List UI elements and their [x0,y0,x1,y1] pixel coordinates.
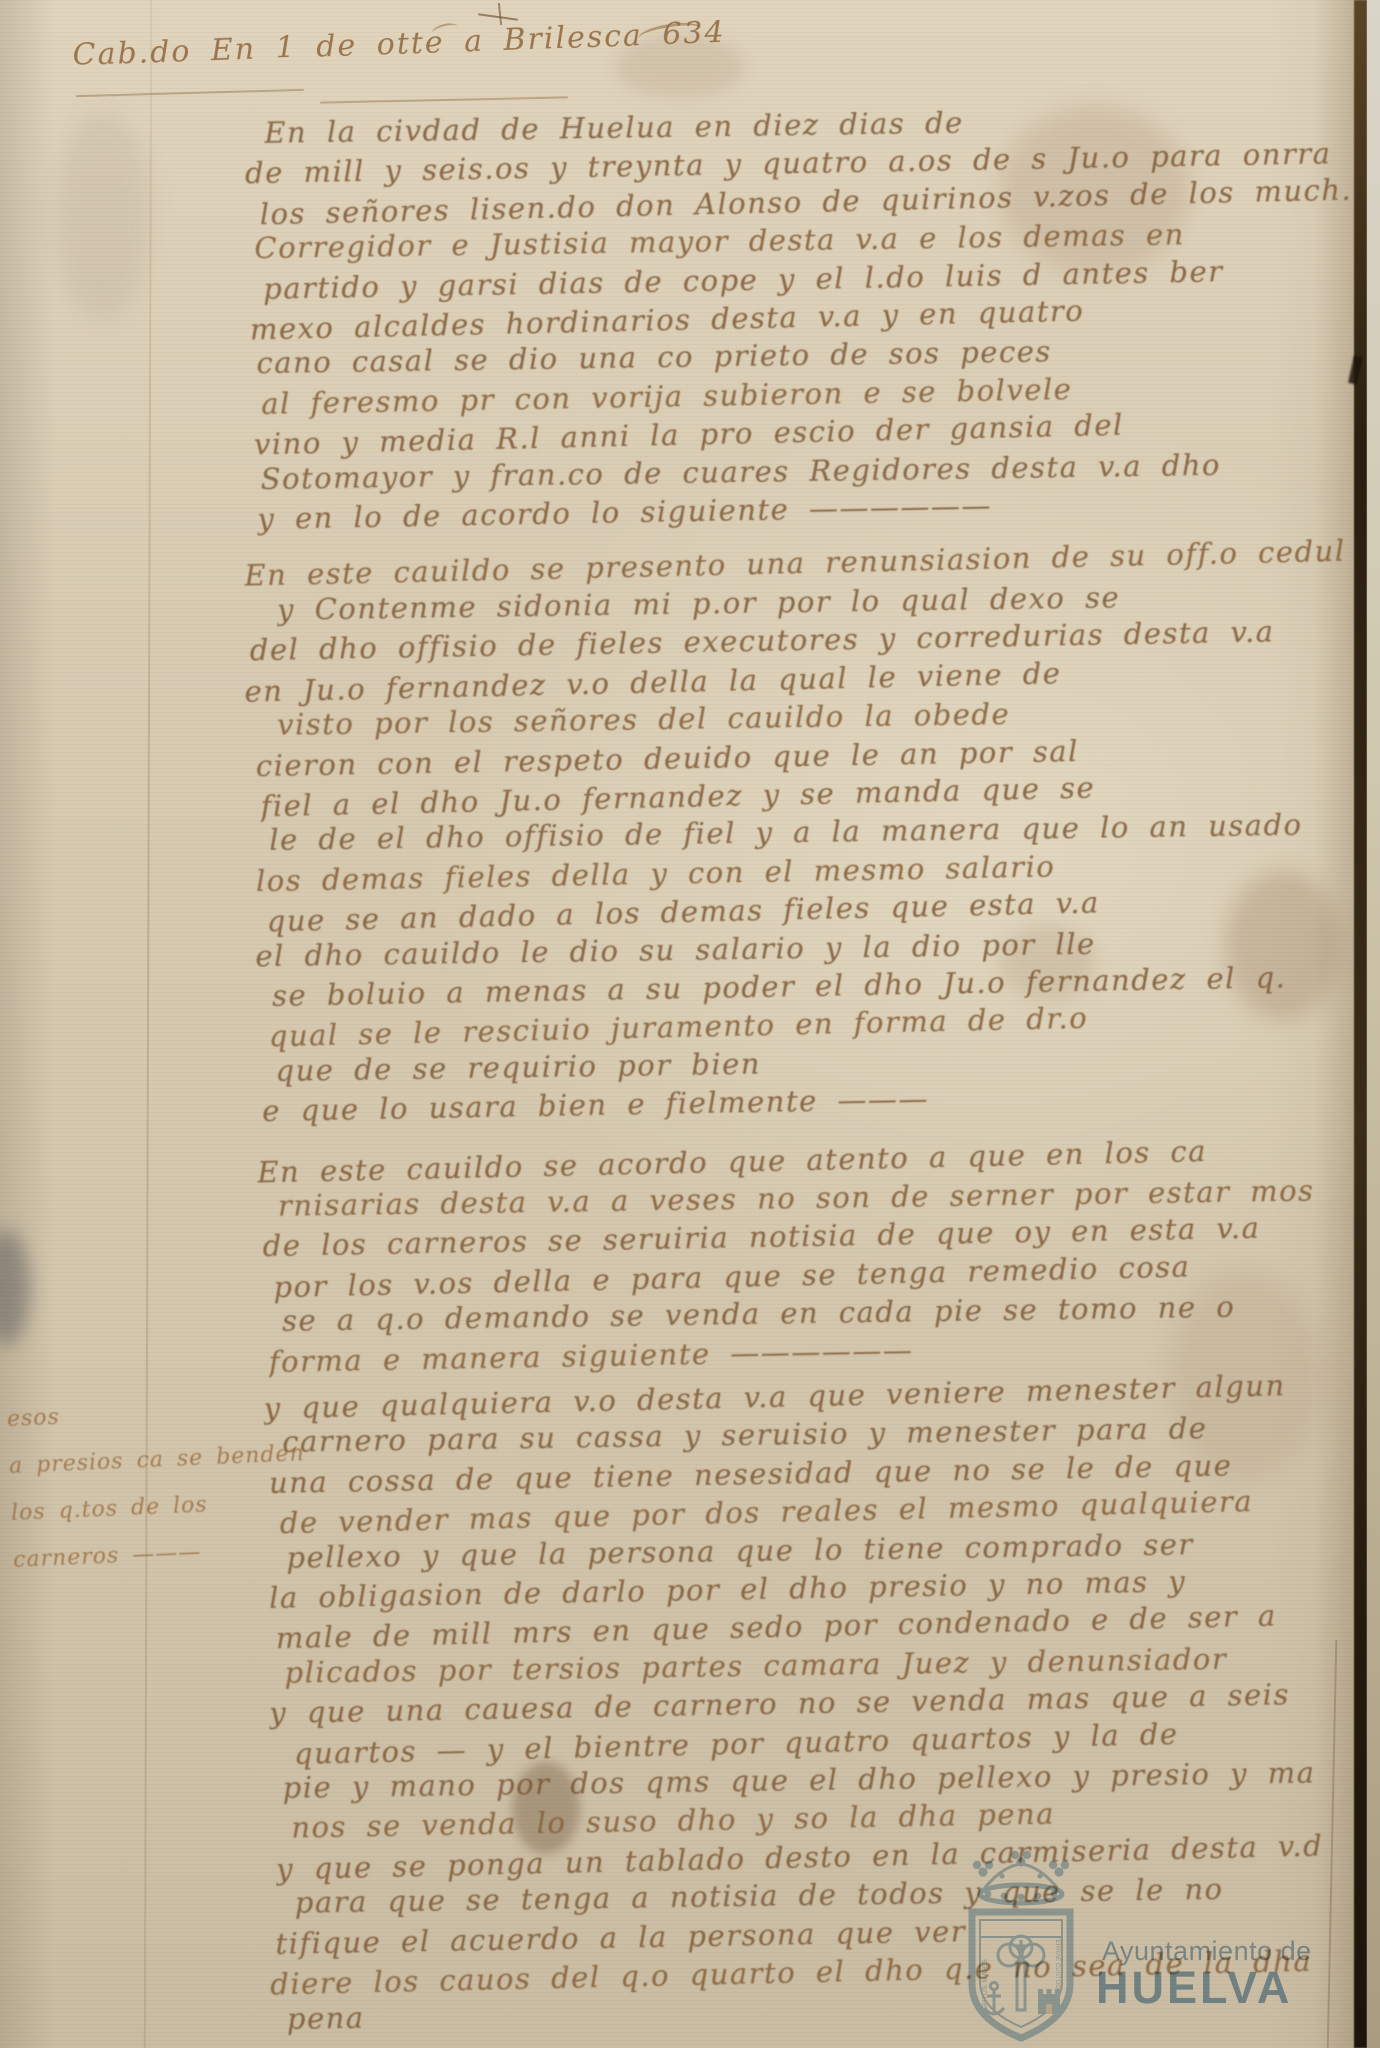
header-underline [320,96,568,103]
header-underline [76,89,304,97]
margin-fold-line [144,0,152,2048]
page-edge-strip [1367,0,1380,2048]
pen-cross-icon [478,13,518,21]
pen-cross-icon [498,3,502,25]
margin-note-line: carneros ——— [12,1526,274,1584]
stain [55,110,150,320]
margin-note: esosa presios ca se bendenlos q.tos de l… [6,1385,274,1584]
manuscript-text-block: En la civdad de Huelua en diez dias dede… [250,96,1380,2040]
page-header-title: Cab.do En 1 de otte a Brilesca 634 [72,18,633,73]
book-binding-edge [1354,0,1367,2048]
manuscript-page: Cab.do En 1 de otte a Brilesca 634 En la… [0,0,1380,2048]
stain [0,1230,30,1345]
